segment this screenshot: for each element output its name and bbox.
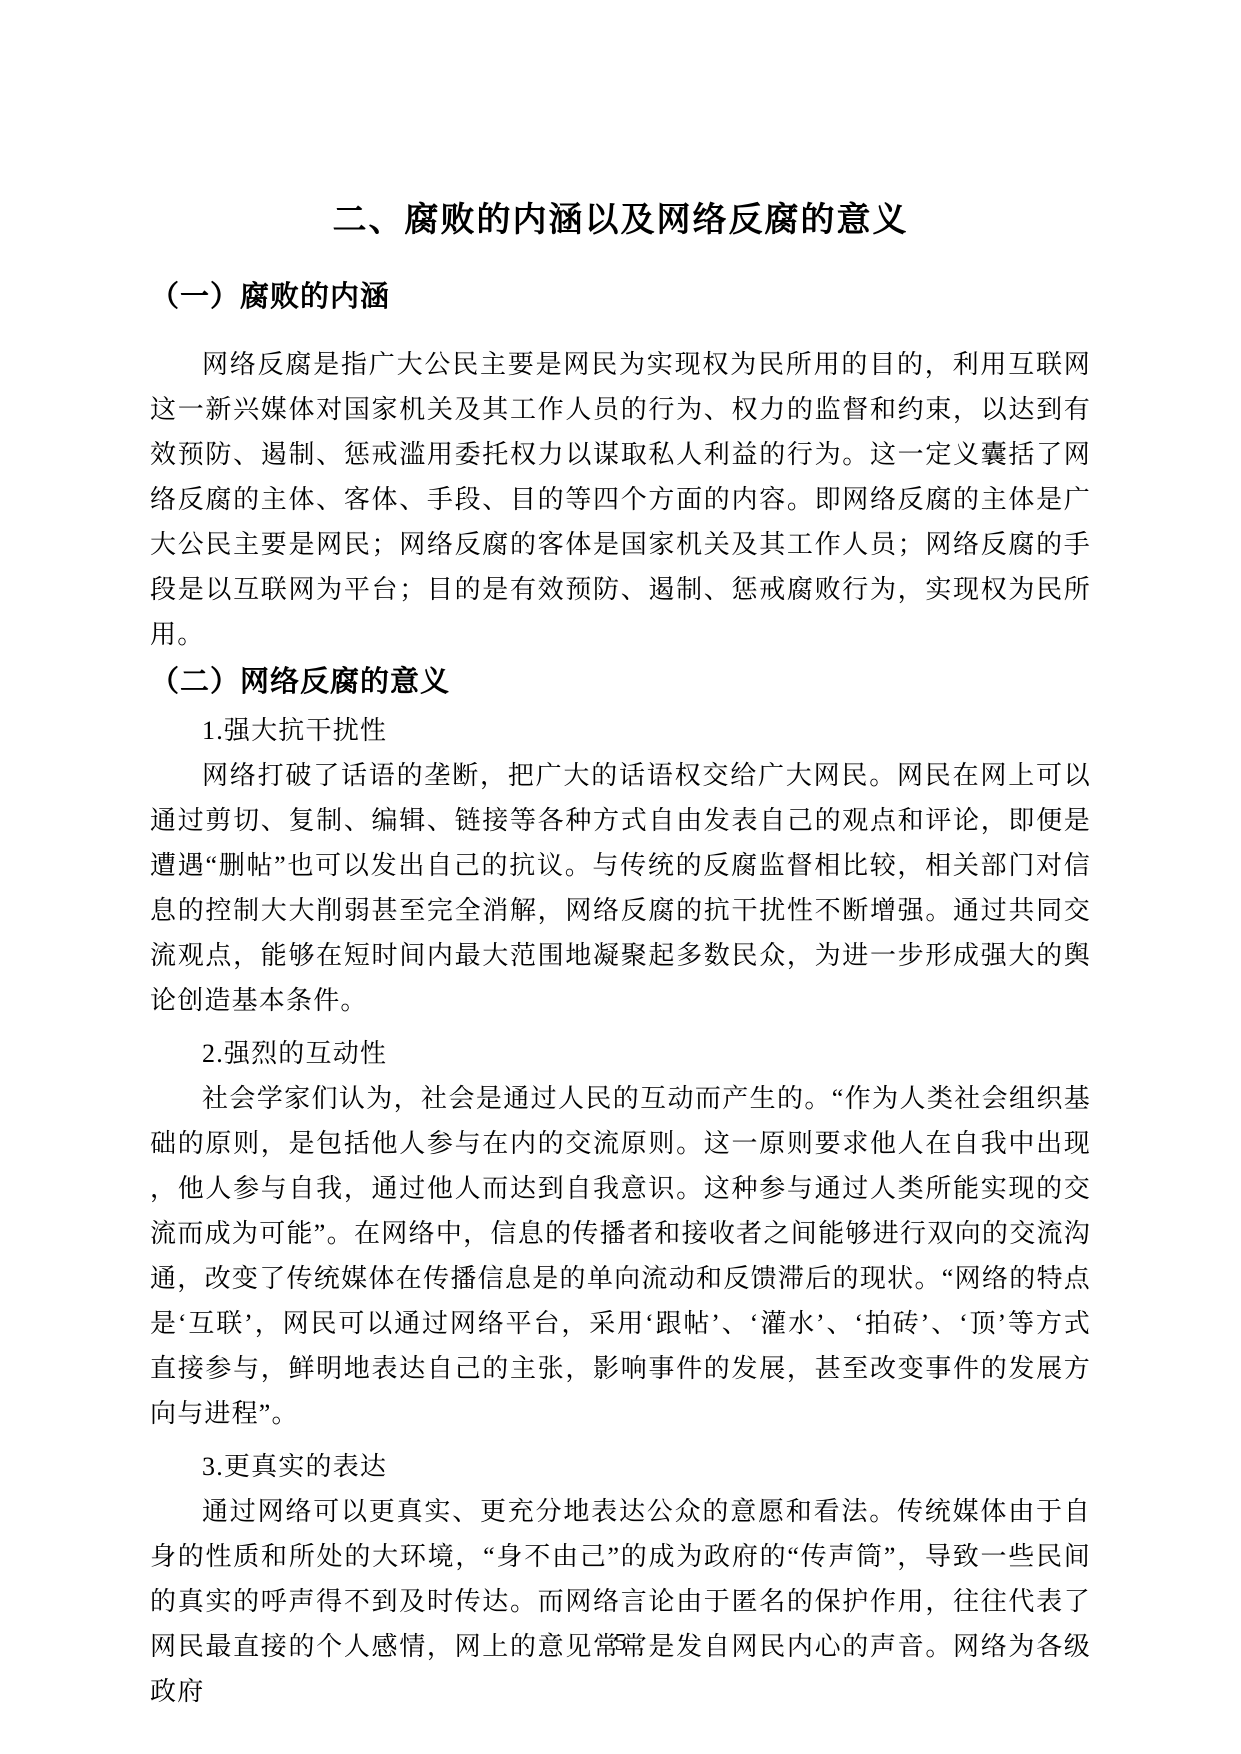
subheading-anti-interference: 1.强大抗干扰性 bbox=[150, 708, 1091, 753]
section-heading-corruption-connotation: （一）腐败的内涵 bbox=[150, 276, 1091, 316]
paragraph-interactivity: 社会学家们认为，社会是通过人民的互动而产生的。“作为人类社会组织基础的原则，是包… bbox=[150, 1076, 1091, 1436]
page-number: 5 bbox=[0, 1628, 1241, 1658]
subheading-truthful-expression: 3.更真实的表达 bbox=[150, 1444, 1091, 1489]
section-heading-online-anticorruption-significance: （二）网络反腐的意义 bbox=[150, 661, 1091, 701]
paragraph-corruption-connotation: 网络反腐是指广大公民主要是网民为实现权为民所用的目的，利用互联网这一新兴媒体对国… bbox=[150, 342, 1091, 657]
paragraph-truthful-expression: 通过网络可以更真实、更充分地表达公众的意愿和看法。传统媒体由于自身的性质和所处的… bbox=[150, 1489, 1091, 1714]
paragraph-anti-interference: 网络打破了话语的垄断，把广大的话语权交给广大网民。网民在网上可以通过剪切、复制、… bbox=[150, 753, 1091, 1023]
document-page: 二、腐败的内涵以及网络反腐的意义 （一）腐败的内涵 网络反腐是指广大公民主要是网… bbox=[0, 0, 1241, 1754]
document-content: 二、腐败的内涵以及网络反腐的意义 （一）腐败的内涵 网络反腐是指广大公民主要是网… bbox=[150, 0, 1091, 1714]
document-title: 二、腐败的内涵以及网络反腐的意义 bbox=[150, 198, 1091, 242]
subheading-interactivity: 2.强烈的互动性 bbox=[150, 1031, 1091, 1076]
